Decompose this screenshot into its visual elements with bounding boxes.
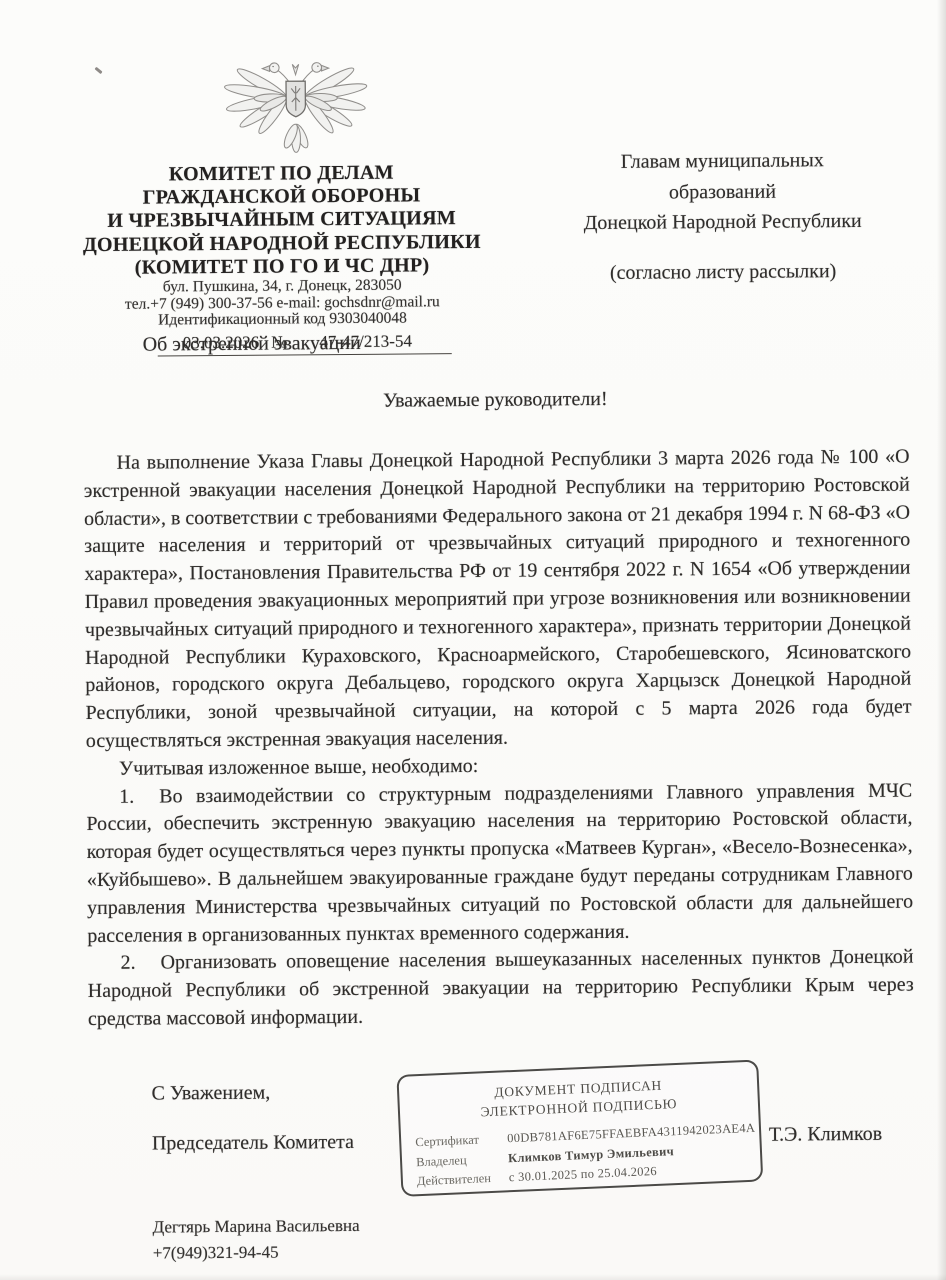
addressee-line: образований <box>524 175 920 209</box>
signature-closing: С Уважением, <box>151 1082 270 1106</box>
org-short-name-line: (КОМИТЕТ ПО ГО И ЧС ДНР) <box>57 254 507 281</box>
org-name-line: ДОНЕЦКОЙ НАРОДНОЙ РЕСПУБЛИКИ <box>57 230 507 257</box>
item-2-number: 2. <box>120 950 160 978</box>
emblem-wrap <box>55 44 506 163</box>
letterhead: КОМИТЕТ ПО ДЕЛАМ ГРАЖДАНСКОЙ ОБОРОНЫ И Ч… <box>55 44 507 357</box>
addressee-line: Главам муниципальных <box>524 144 920 178</box>
salutation: Уважаемые руководители! <box>383 388 608 413</box>
org-name-line: КОМИТЕТ ПО ДЕЛАМ <box>56 161 506 188</box>
letter-body: На выполнение Указа Главы Донецкой Народ… <box>83 444 914 1034</box>
org-id-code: Идентификационный код 9303040048 <box>57 310 507 330</box>
dnr-coat-of-arms-icon <box>219 45 372 156</box>
stamp-title: ДОКУМЕНТ ПОДПИСАН ЭЛЕКТРОННОЙ ПОДПИСЬЮ <box>399 1072 758 1125</box>
addressee-line: Донецкой Народной Республики <box>525 205 921 239</box>
addressee-block: Главам муниципальных образований Донецко… <box>524 144 921 288</box>
item-2-text: Организовать оповещение населения вышеук… <box>88 946 914 1030</box>
org-name-line: И ЧРЕЗВЫЧАЙНЫМ СИТУАЦИЯМ <box>57 207 507 234</box>
executor-block: Дегтярь Марина Васильевна +7(949)321-94-… <box>153 1213 360 1267</box>
scanned-letter-page: КОМИТЕТ ПО ДЕЛАМ ГРАЖДАНСКОЙ ОБОРОНЫ И Ч… <box>0 0 946 1280</box>
signer-name: Т.Э. Климков <box>769 1123 882 1147</box>
item-1-number: 1. <box>119 783 159 811</box>
stamp-validity-label: Действителен <box>417 1168 510 1191</box>
scan-edge-shadow-bottom <box>0 1274 946 1280</box>
body-item-2: 2.Организовать оповещение населения выше… <box>87 944 914 1034</box>
signer-position: Председатель Комитета <box>152 1131 354 1156</box>
org-name-block: КОМИТЕТ ПО ДЕЛАМ ГРАЖДАНСКОЙ ОБОРОНЫ И Ч… <box>56 161 507 281</box>
scan-tilt-layer: КОМИТЕТ ПО ДЕЛАМ ГРАЖДАНСКОЙ ОБОРОНЫ И Ч… <box>0 0 946 1280</box>
stamp-rows: Сертификат 00DB781AF6E75FFAEBFA431194202… <box>415 1119 751 1192</box>
item-1-text: Во взаимодействии со структурным подразд… <box>86 779 913 946</box>
scan-edge-shadow-right <box>937 0 946 1280</box>
electronic-signature-stamp: ДОКУМЕНТ ПОДПИСАН ЭЛЕКТРОННОЙ ПОДПИСЬЮ С… <box>396 1059 763 1196</box>
body-paragraph-1: На выполнение Указа Главы Донецкой Народ… <box>83 444 911 756</box>
body-item-1: 1.Во взаимодействии со структурным подра… <box>86 777 913 950</box>
subject-line: Об экстренной эвакуации <box>143 332 361 357</box>
executor-phone: +7(949)321-94-45 <box>153 1239 360 1267</box>
addressee-note: (согласно листу рассылки) <box>525 255 921 289</box>
executor-name: Дегтярь Марина Васильевна <box>153 1213 360 1241</box>
